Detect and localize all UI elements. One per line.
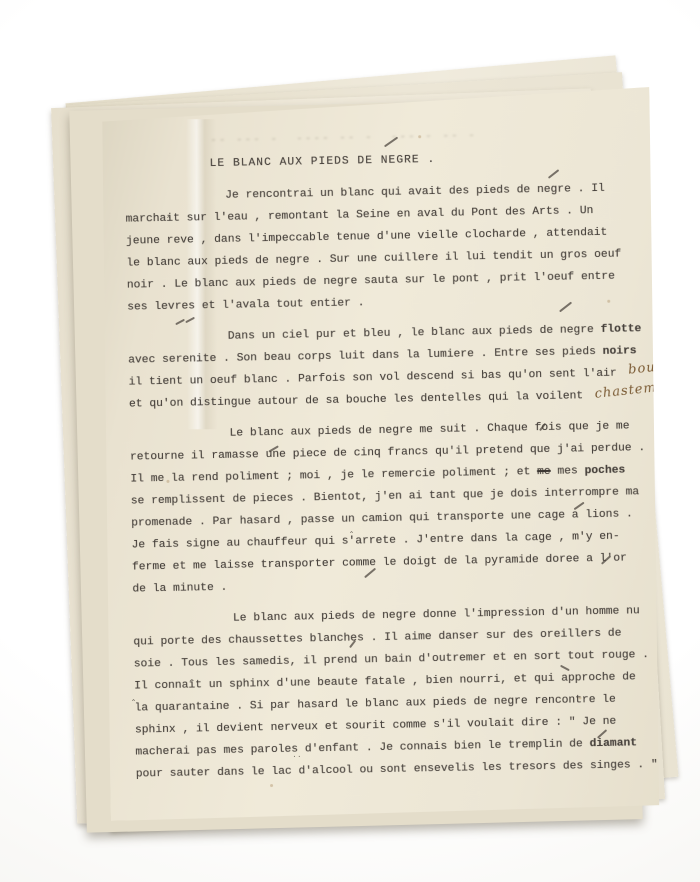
erased-text-smudge: -- --- - ---- -- - --- - -- - [210,130,480,147]
paper-speck [270,784,273,787]
paragraph: Le blanc aux pieds de negre donne l'impr… [133,600,656,785]
struck-word: me [537,466,551,478]
typed-text: LE BLANC AUX PIEDS DE NEGRE . Je rencont… [124,145,655,785]
typed-paragraphs: Je rencontrai un blanc qui avait des pie… [125,177,656,785]
photo-of-typescript-stack: - -- --- -- - --- - -- -- - --- - dLdAI … [0,0,700,882]
paragraph: Dans un ciel pur et bleu , le blanc aux … [128,318,650,416]
paragraph: Le blanc aux pieds de negre me suit . Ch… [129,415,652,600]
paragraph: Je rencontrai un blanc qui avait des pie… [125,177,647,319]
top-page: -- --- - ---- -- - --- - -- - LE BLANC A… [97,87,662,821]
